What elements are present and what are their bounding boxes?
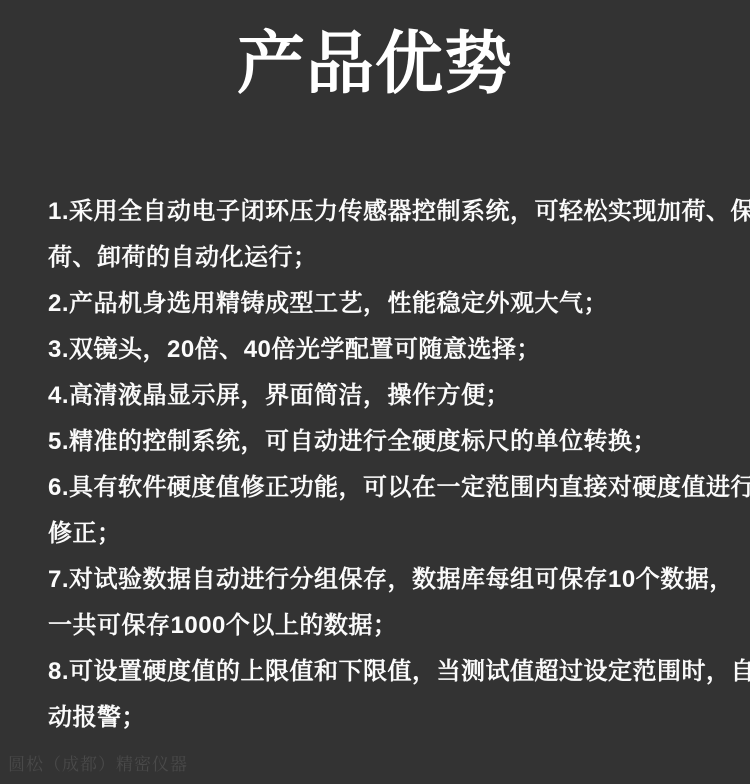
- advantage-list: 1.采用全自动电子闭环压力传感器控制系统，可轻松实现加荷、保 荷、卸荷的自动化运…: [48, 189, 730, 741]
- advantage-item-4: 4.高清液晶显示屏，界面简洁，操作方便；: [48, 373, 730, 419]
- advantage-line: 8.可设置硬度值的上限值和下限值，当测试值超过设定范围时，自: [48, 649, 730, 695]
- advantage-line: 3.双镜头，20倍、40倍光学配置可随意选择；: [48, 327, 730, 373]
- advantage-line: 2.产品机身选用精铸成型工艺，性能稳定外观大气；: [48, 281, 730, 327]
- advantage-line: 荷、卸荷的自动化运行；: [48, 235, 730, 281]
- advantage-line: 一共可保存1000个以上的数据；: [48, 603, 730, 649]
- advantage-line: 7.对试验数据自动进行分组保存，数据库每组可保存10个数据，: [48, 557, 730, 603]
- advantage-line: 动报警；: [48, 695, 730, 741]
- advantage-item-5: 5.精准的控制系统，可自动进行全硬度标尺的单位转换；: [48, 419, 730, 465]
- advantage-item-2: 2.产品机身选用精铸成型工艺，性能稳定外观大气；: [48, 281, 730, 327]
- advantage-item-3: 3.双镜头，20倍、40倍光学配置可随意选择；: [48, 327, 730, 373]
- advantage-line: 5.精准的控制系统，可自动进行全硬度标尺的单位转换；: [48, 419, 730, 465]
- advantage-item-8: 8.可设置硬度值的上限值和下限值，当测试值超过设定范围时，自 动报警；: [48, 649, 730, 741]
- advantage-line: 修正；: [48, 511, 730, 557]
- advantage-item-6: 6.具有软件硬度值修正功能，可以在一定范围内直接对硬度值进行 修正；: [48, 465, 730, 557]
- page-title: 产品优势: [0, 0, 750, 107]
- advantage-item-7: 7.对试验数据自动进行分组保存，数据库每组可保存10个数据， 一共可保存1000…: [48, 557, 730, 649]
- advantage-line: 1.采用全自动电子闭环压力传感器控制系统，可轻松实现加荷、保: [48, 189, 730, 235]
- advantage-line: 6.具有软件硬度值修正功能，可以在一定范围内直接对硬度值进行: [48, 465, 730, 511]
- advantage-item-1: 1.采用全自动电子闭环压力传感器控制系统，可轻松实现加荷、保 荷、卸荷的自动化运…: [48, 189, 730, 281]
- advantage-line: 4.高清液晶显示屏，界面简洁，操作方便；: [48, 373, 730, 419]
- brand-watermark: 圆松（成都）精密仪器: [8, 750, 188, 775]
